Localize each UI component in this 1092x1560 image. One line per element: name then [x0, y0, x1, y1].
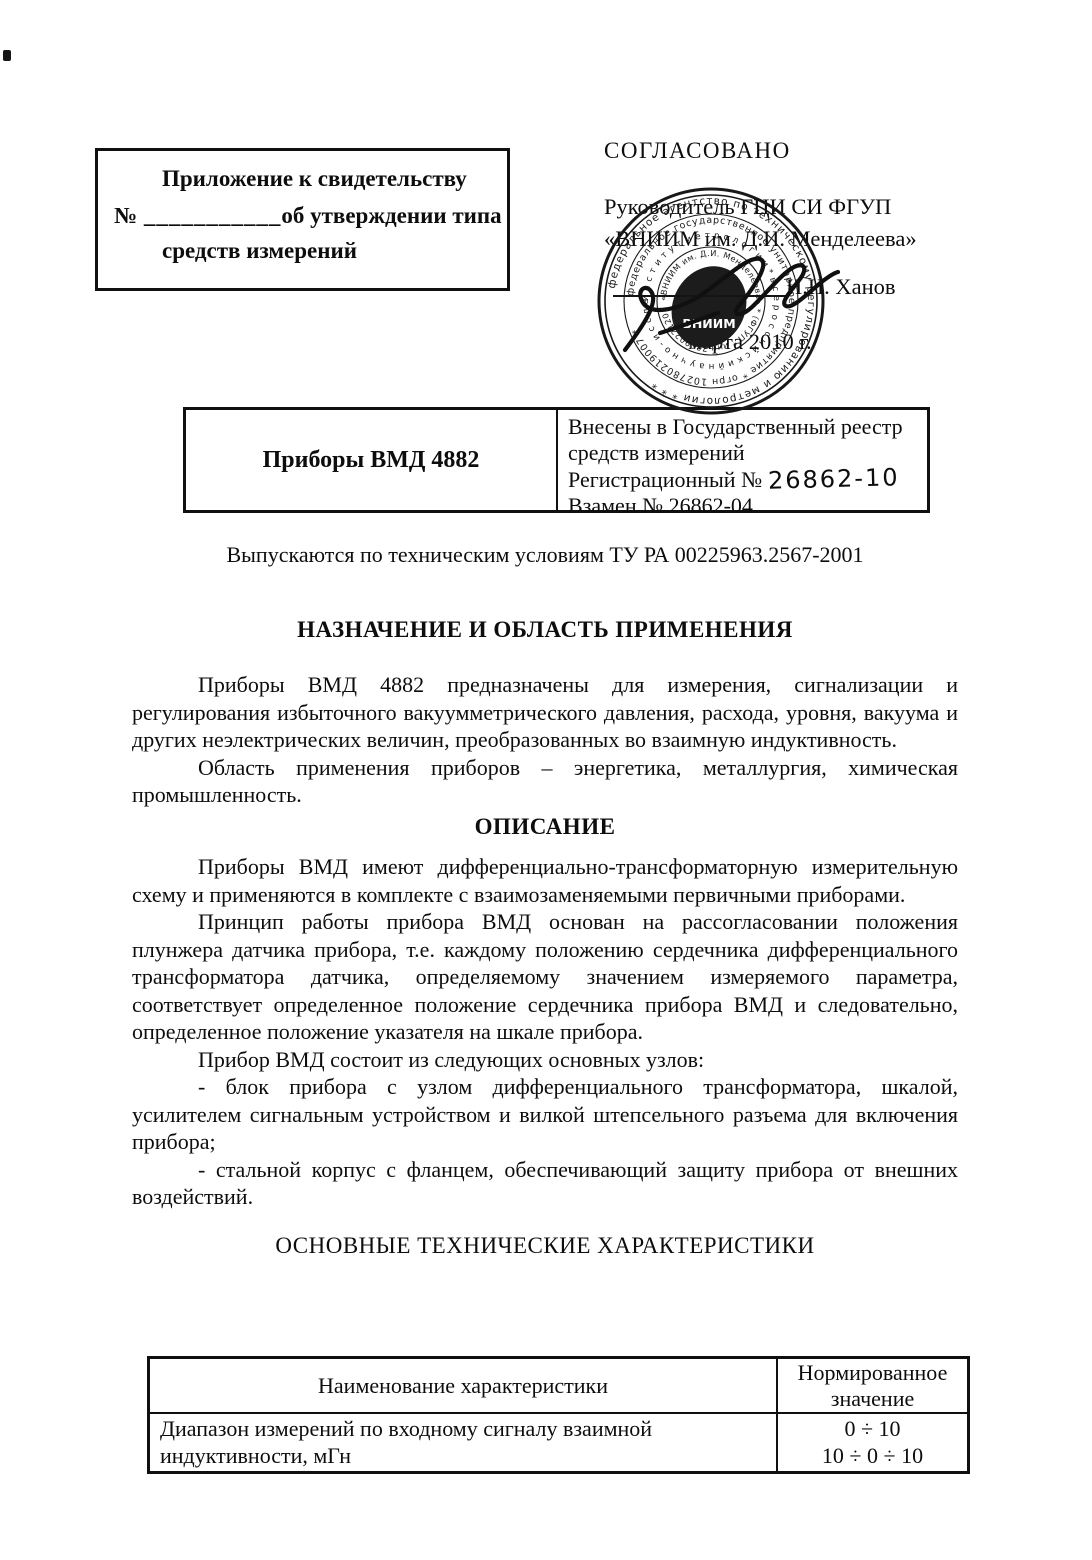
description-paragraph-2: Принцип работы прибора ВМД основан на ра… — [132, 908, 958, 1046]
specifications-table: Наименование характеристики Нормированно… — [147, 1356, 970, 1474]
appendix-line2: № ___________об утверждении типа — [98, 202, 507, 230]
certificate-appendix-box: Приложение к свидетельству № ___________… — [95, 148, 510, 291]
specs-header-name: Наименование характеристики — [150, 1359, 778, 1414]
technical-conditions-line: Выпускаются по техническим условиям ТУ Р… — [132, 542, 958, 568]
registration-number-line: Регистрационный № 26862-10 — [568, 466, 919, 493]
specs-row-value: 0 ÷ 10 10 ÷ 0 ÷ 10 — [778, 1414, 967, 1471]
number-sign: № — [114, 203, 137, 228]
purpose-paragraph-2: Область применения приборов – энергетика… — [132, 754, 958, 809]
device-name-cell: Приборы ВМД 4882 — [186, 410, 558, 510]
purpose-paragraph-1: Приборы ВМД 4882 предназначены для измер… — [132, 671, 958, 754]
document-page: Приложение к свидетельству № ___________… — [0, 0, 1092, 1560]
registry-entry-line2: средств измерений — [568, 440, 919, 466]
number-blank: ___________ — [137, 203, 281, 228]
appendix-line3: средств измерений — [98, 237, 507, 265]
description-paragraph-4: - блок прибора с узлом дифференциального… — [132, 1073, 958, 1156]
purpose-section-heading: НАЗНАЧЕНИЕ И ОБЛАСТЬ ПРИМЕНЕНИЯ — [132, 617, 958, 643]
device-name: Приборы ВМД 4882 — [263, 447, 480, 474]
replaces-line: Взамен № 26862-04 — [568, 493, 919, 519]
specs-row-name: Диапазон измерений по входному сигналу в… — [150, 1414, 778, 1471]
registration-table: Приборы ВМД 4882 Внесены в Государственн… — [183, 407, 930, 513]
registration-number-value: 26862-10 — [767, 464, 899, 493]
specs-section-heading: ОСНОВНЫЕ ТЕХНИЧЕСКИЕ ХАРАКТЕРИСТИКИ — [132, 1232, 958, 1260]
document-body: Приборы ВМД 4882 предназначены для измер… — [132, 671, 958, 1259]
specs-value-line2: 10 ÷ 0 ÷ 10 — [778, 1442, 967, 1469]
handwritten-signature — [600, 233, 850, 363]
scan-artifact-speck — [3, 50, 11, 61]
appendix-line1: Приложение к свидетельству — [98, 165, 507, 193]
specs-header-value: Нормированное значение — [778, 1359, 967, 1414]
description-paragraph-3: Прибор ВМД состоит из следующих основных… — [132, 1046, 958, 1074]
registry-info-cell: Внесены в Государственный реестр средств… — [558, 410, 927, 510]
specs-value-line1: 0 ÷ 10 — [778, 1415, 967, 1442]
registration-number-label: Регистрационный № — [568, 467, 762, 492]
description-paragraph-1: Приборы ВМД имеют дифференциально-трансф… — [132, 853, 958, 908]
description-paragraph-5: - стальной корпус с фланцем, обеспечиваю… — [132, 1156, 958, 1211]
appendix-line2-text: об утверждении типа — [281, 203, 501, 228]
agreed-heading: СОГЛАСОВАНО — [604, 138, 791, 164]
description-section-heading: ОПИСАНИЕ — [132, 813, 958, 841]
